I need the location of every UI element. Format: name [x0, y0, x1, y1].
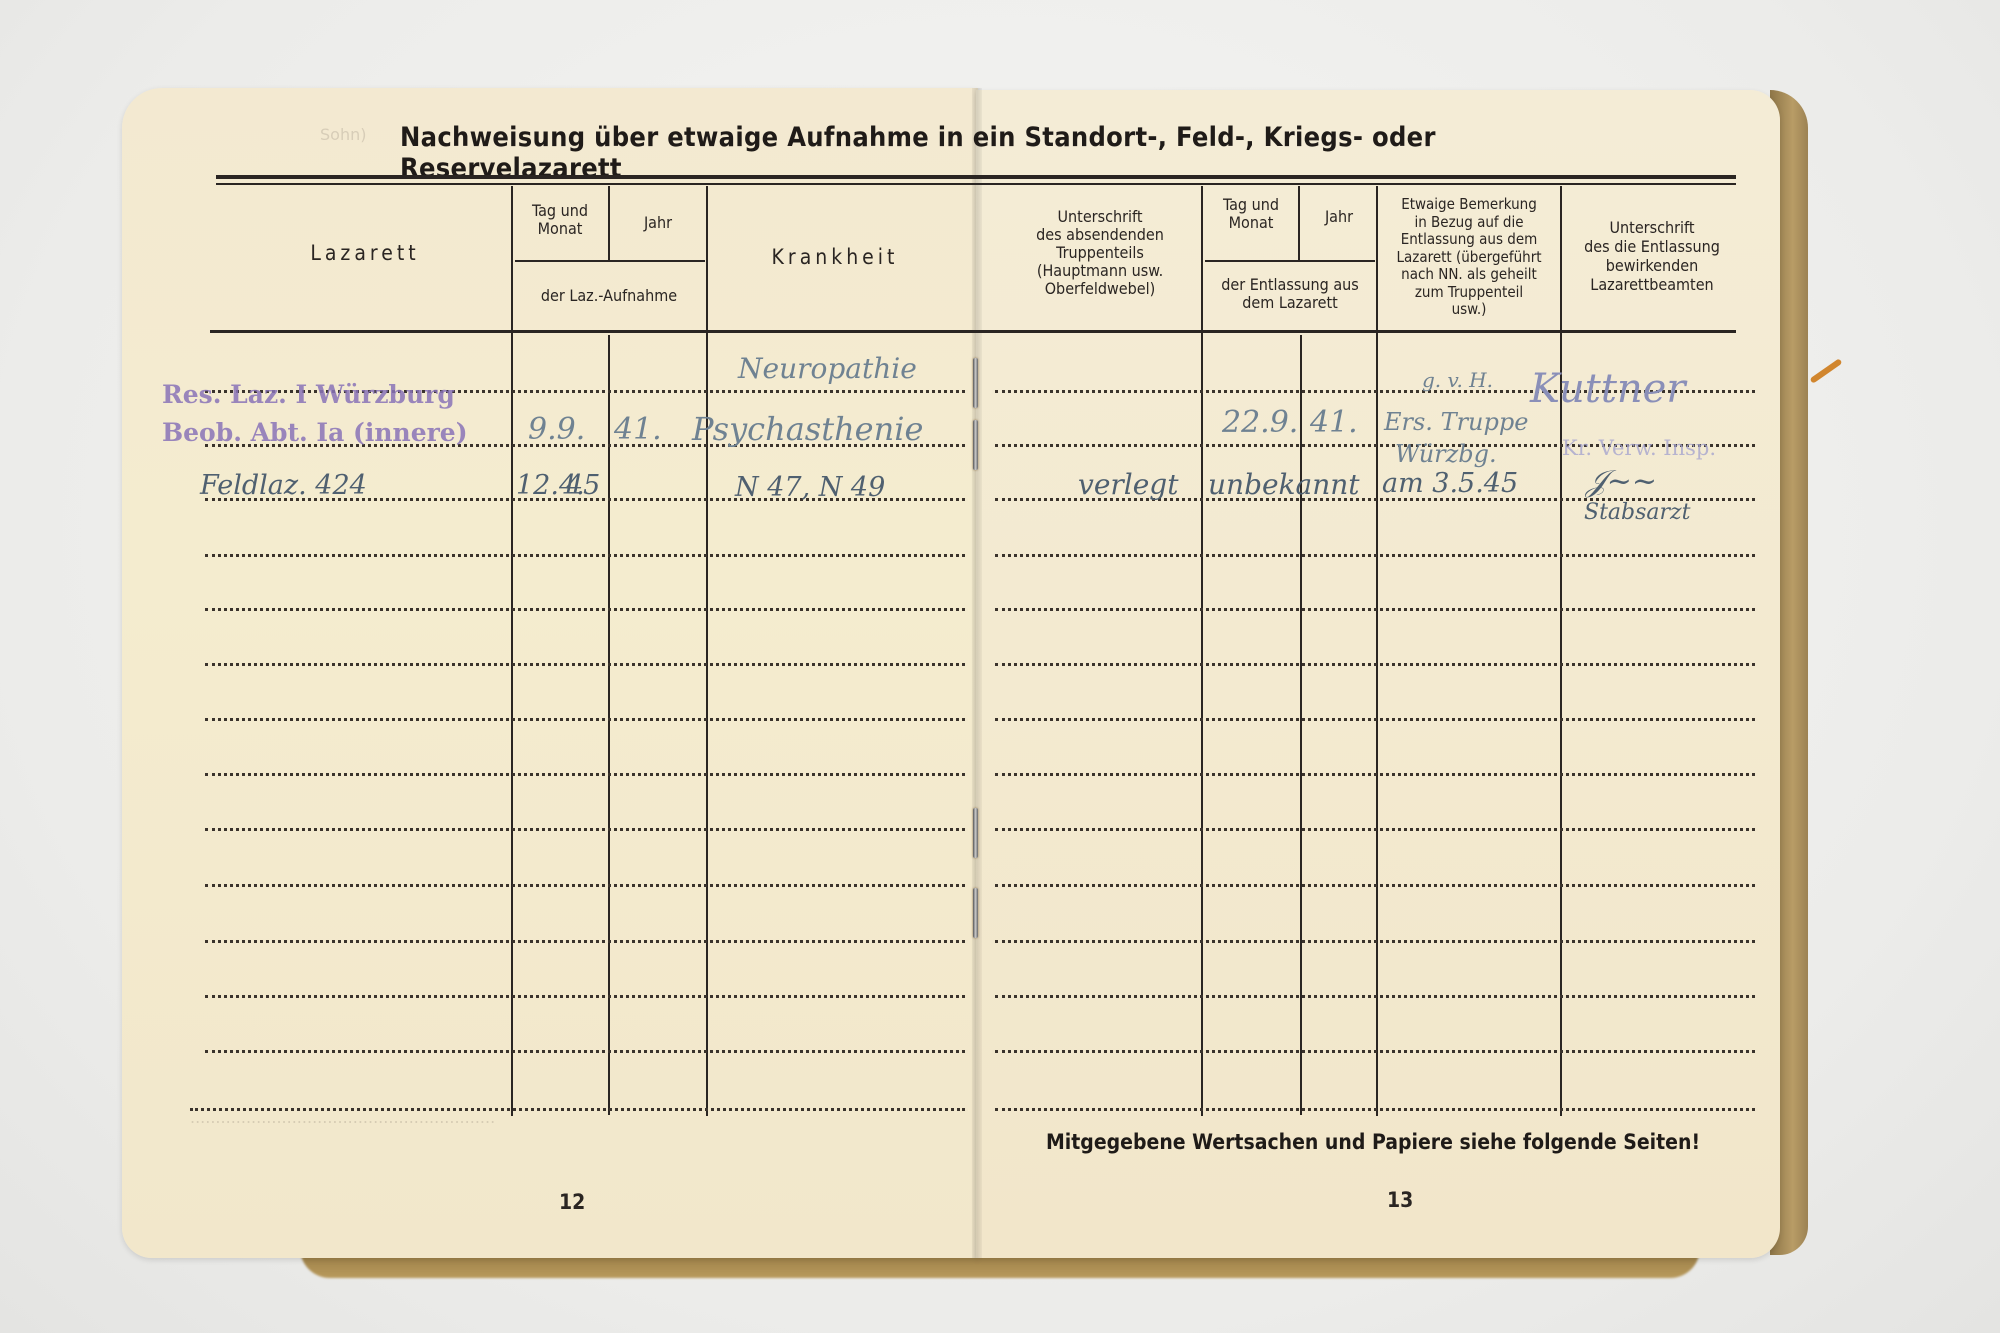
column-header-illness: Krankheit: [710, 248, 960, 266]
show-through-text: Sohn): [320, 125, 366, 144]
lazarett-stamp-line-1: Res. Laz. I Würzburg: [162, 380, 455, 409]
booklet-spine: [972, 88, 982, 1258]
entry-2-sender-remark: verlegt: [1078, 468, 1178, 501]
footer-note: Mitgegebene Wertsachen und Papiere siehe…: [1046, 1130, 1700, 1154]
entry-1-remark-line-2: Ers. Truppe: [1384, 408, 1528, 436]
entry-2-illness: N 47, N 49: [735, 472, 885, 503]
row-line: [995, 995, 1755, 998]
entry-2-lazarett: Feldlaz. 424: [200, 470, 367, 501]
entry-1-remark-line-1: g. v. H.: [1422, 368, 1493, 392]
row-line: [995, 940, 1755, 943]
column-header-admission-year: Jahr: [612, 214, 704, 232]
row-line: [995, 663, 1755, 666]
row-line: [995, 554, 1755, 557]
staple: [973, 888, 978, 938]
column-divider: [1201, 186, 1203, 1116]
entry-2-official-signature-scrawl: 𝒥~~: [1586, 464, 1657, 499]
row-line: [995, 773, 1755, 776]
column-header-official-signature: Unterschrift des die Entlassung bewirken…: [1562, 218, 1742, 294]
entry-1-discharge-year: 41.: [1310, 405, 1358, 440]
row-line: [205, 608, 965, 611]
page-number-right: 13: [1387, 1188, 1413, 1212]
column-header-remark: Etwaige Bemerkung in Bezug auf die Entla…: [1378, 196, 1560, 319]
row-line: [995, 1108, 1755, 1111]
staple: [973, 358, 978, 408]
row-line: [205, 1050, 965, 1053]
page-number-left: 12: [559, 1190, 585, 1214]
row-line: [205, 828, 965, 831]
column-divider: [706, 186, 708, 1116]
row-line: [995, 608, 1755, 611]
column-header-discharge-day-month: Tag und Monat: [1204, 196, 1298, 232]
staple: [973, 420, 978, 470]
entry-1-admission-day-month: 9.9.: [528, 412, 585, 447]
row-line: [995, 884, 1755, 887]
lazarett-stamp-line-2: Beob. Abt. Ia (innere): [162, 418, 468, 447]
column-header-sender-signature: Unterschrift des absendenden Truppenteil…: [1000, 208, 1200, 298]
header-rule-top-thin: [216, 183, 1736, 185]
row-line: [995, 1050, 1755, 1053]
column-header-discharge-sub: der Entlassung aus dem Lazarett: [1204, 276, 1376, 312]
row-line: [205, 663, 965, 666]
binding-thread: [1810, 358, 1843, 384]
entry-1-discharge-day-month: 22.9.: [1222, 405, 1298, 440]
column-divider: [511, 186, 513, 1116]
row-line: [995, 828, 1755, 831]
row-line: [205, 884, 965, 887]
header-rule-bottom: [210, 330, 1736, 333]
subheader-rule: [515, 260, 705, 262]
entry-2-official-signature-title: Stabsarzt: [1584, 500, 1690, 525]
row-line: [205, 773, 965, 776]
subheader-rule: [1205, 260, 1375, 262]
row-line: [995, 718, 1755, 721]
row-line: [205, 718, 965, 721]
entry-1-illness-line-2: Psychasthenie: [692, 410, 923, 448]
staple: [973, 808, 978, 858]
column-divider: [1560, 186, 1562, 1116]
column-header-discharge-year: Jahr: [1302, 208, 1376, 226]
column-divider: [1300, 335, 1302, 1115]
column-header-admission-sub: der Laz.-Aufnahme: [514, 287, 704, 305]
row-line: [190, 1108, 965, 1111]
entry-1-admission-year: 41.: [614, 412, 662, 447]
header-rule-top: [216, 175, 1736, 179]
column-header-admission-day-month: Tag und Monat: [514, 202, 606, 238]
row-line: [205, 554, 965, 557]
column-divider: [608, 186, 610, 261]
column-divider: [608, 335, 610, 1115]
column-divider: [1376, 186, 1378, 1116]
entry-1-illness-line-1: Neuropathie: [738, 352, 917, 385]
entry-1-official-signature: Kuttner: [1530, 366, 1685, 412]
row-line: [205, 940, 965, 943]
entry-1-official-stamp: Kr. Verw. Insp.: [1562, 436, 1716, 460]
entry-2-admission-year: 45: [566, 470, 600, 501]
column-divider: [1298, 186, 1300, 261]
entry-2-discharge: unbekannt: [1208, 468, 1360, 501]
entry-2-remark: am 3.5.45: [1382, 468, 1518, 499]
row-line: [205, 995, 965, 998]
entry-1-remark-line-3: Würzbg.: [1395, 440, 1497, 468]
column-header-lazarett: Lazarett: [230, 244, 500, 262]
